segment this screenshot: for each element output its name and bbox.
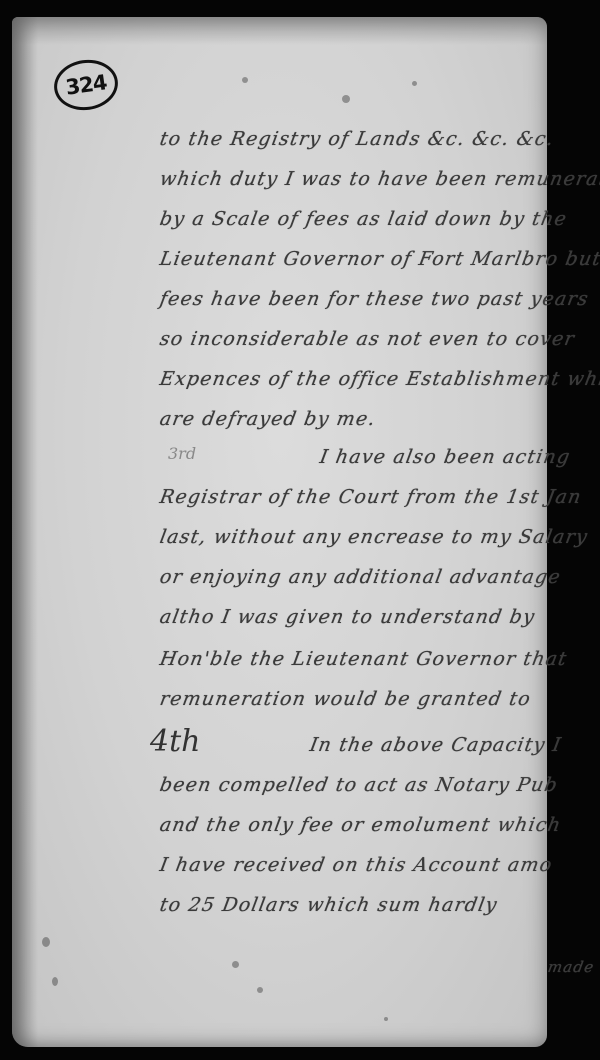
- paper-stain: [342, 95, 350, 103]
- text-line: Registrar of the Court from the 1st Jan: [158, 486, 583, 508]
- text-line: Expences of the office Establishment whi…: [158, 368, 600, 390]
- text-line: last, without any encrease to my Salary: [158, 526, 590, 548]
- paper-stain: [232, 961, 239, 968]
- text-line: or enjoying any additional advantage: [158, 566, 563, 588]
- text-line: to the Registry of Lands &c. &c. &c.: [158, 128, 556, 150]
- margin-section-number: 3rd: [168, 444, 196, 463]
- text-line: been compelled to act as Notary Pub: [158, 774, 560, 796]
- margin-section-number: 4th: [150, 724, 200, 759]
- text-line: to 25 Dollars which sum hardly: [158, 894, 499, 916]
- text-line: Lieutenant Governor of Fort Marlbro but: [158, 248, 600, 270]
- text-line: fees have been for these two past years: [158, 288, 591, 310]
- text-line: I have received on this Account amo: [158, 854, 554, 876]
- paper-stain: [384, 1017, 388, 1021]
- paper-stain: [52, 977, 58, 986]
- paper-stain: [42, 937, 50, 947]
- text-line: In the above Capacity I: [308, 734, 563, 756]
- text-line: which duty I was to have been remunerate…: [158, 168, 600, 190]
- text-line: remuneration would be granted to: [158, 688, 533, 710]
- text-line: Hon'ble the Lieutenant Governor that: [158, 648, 569, 670]
- text-line: so inconsiderable as not even to cover: [158, 328, 577, 350]
- text-line: altho I was given to understand by: [158, 606, 537, 628]
- folio-number: 324: [64, 70, 108, 99]
- text-line: by a Scale of fees as laid down by the: [158, 208, 569, 230]
- text-line: and the only fee or emolument which: [158, 814, 563, 836]
- paper-stain: [242, 77, 248, 83]
- catchword: made: [546, 958, 596, 976]
- text-line: I have also been acting: [318, 446, 572, 468]
- text-line: are defrayed by me.: [158, 408, 378, 430]
- paper-stain: [257, 987, 263, 993]
- paper-stain: [412, 81, 417, 86]
- folio-number-stamp: 324: [51, 56, 121, 114]
